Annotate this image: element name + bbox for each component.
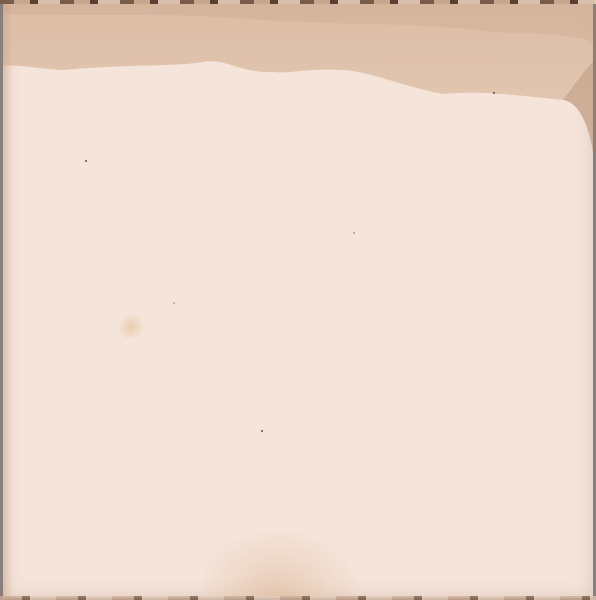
speck <box>493 92 495 94</box>
foxing-spot <box>119 312 143 342</box>
bottom-edge <box>0 596 596 600</box>
water-stain-bottom <box>193 528 363 598</box>
speck <box>353 232 355 234</box>
speck <box>85 160 87 162</box>
speck <box>173 302 175 304</box>
photo <box>0 0 596 600</box>
water-stain-top <box>3 2 593 182</box>
top-edge <box>0 0 596 4</box>
aged-paper-sheet <box>3 2 593 598</box>
speck <box>261 430 263 432</box>
edge-discoloration <box>3 2 13 598</box>
